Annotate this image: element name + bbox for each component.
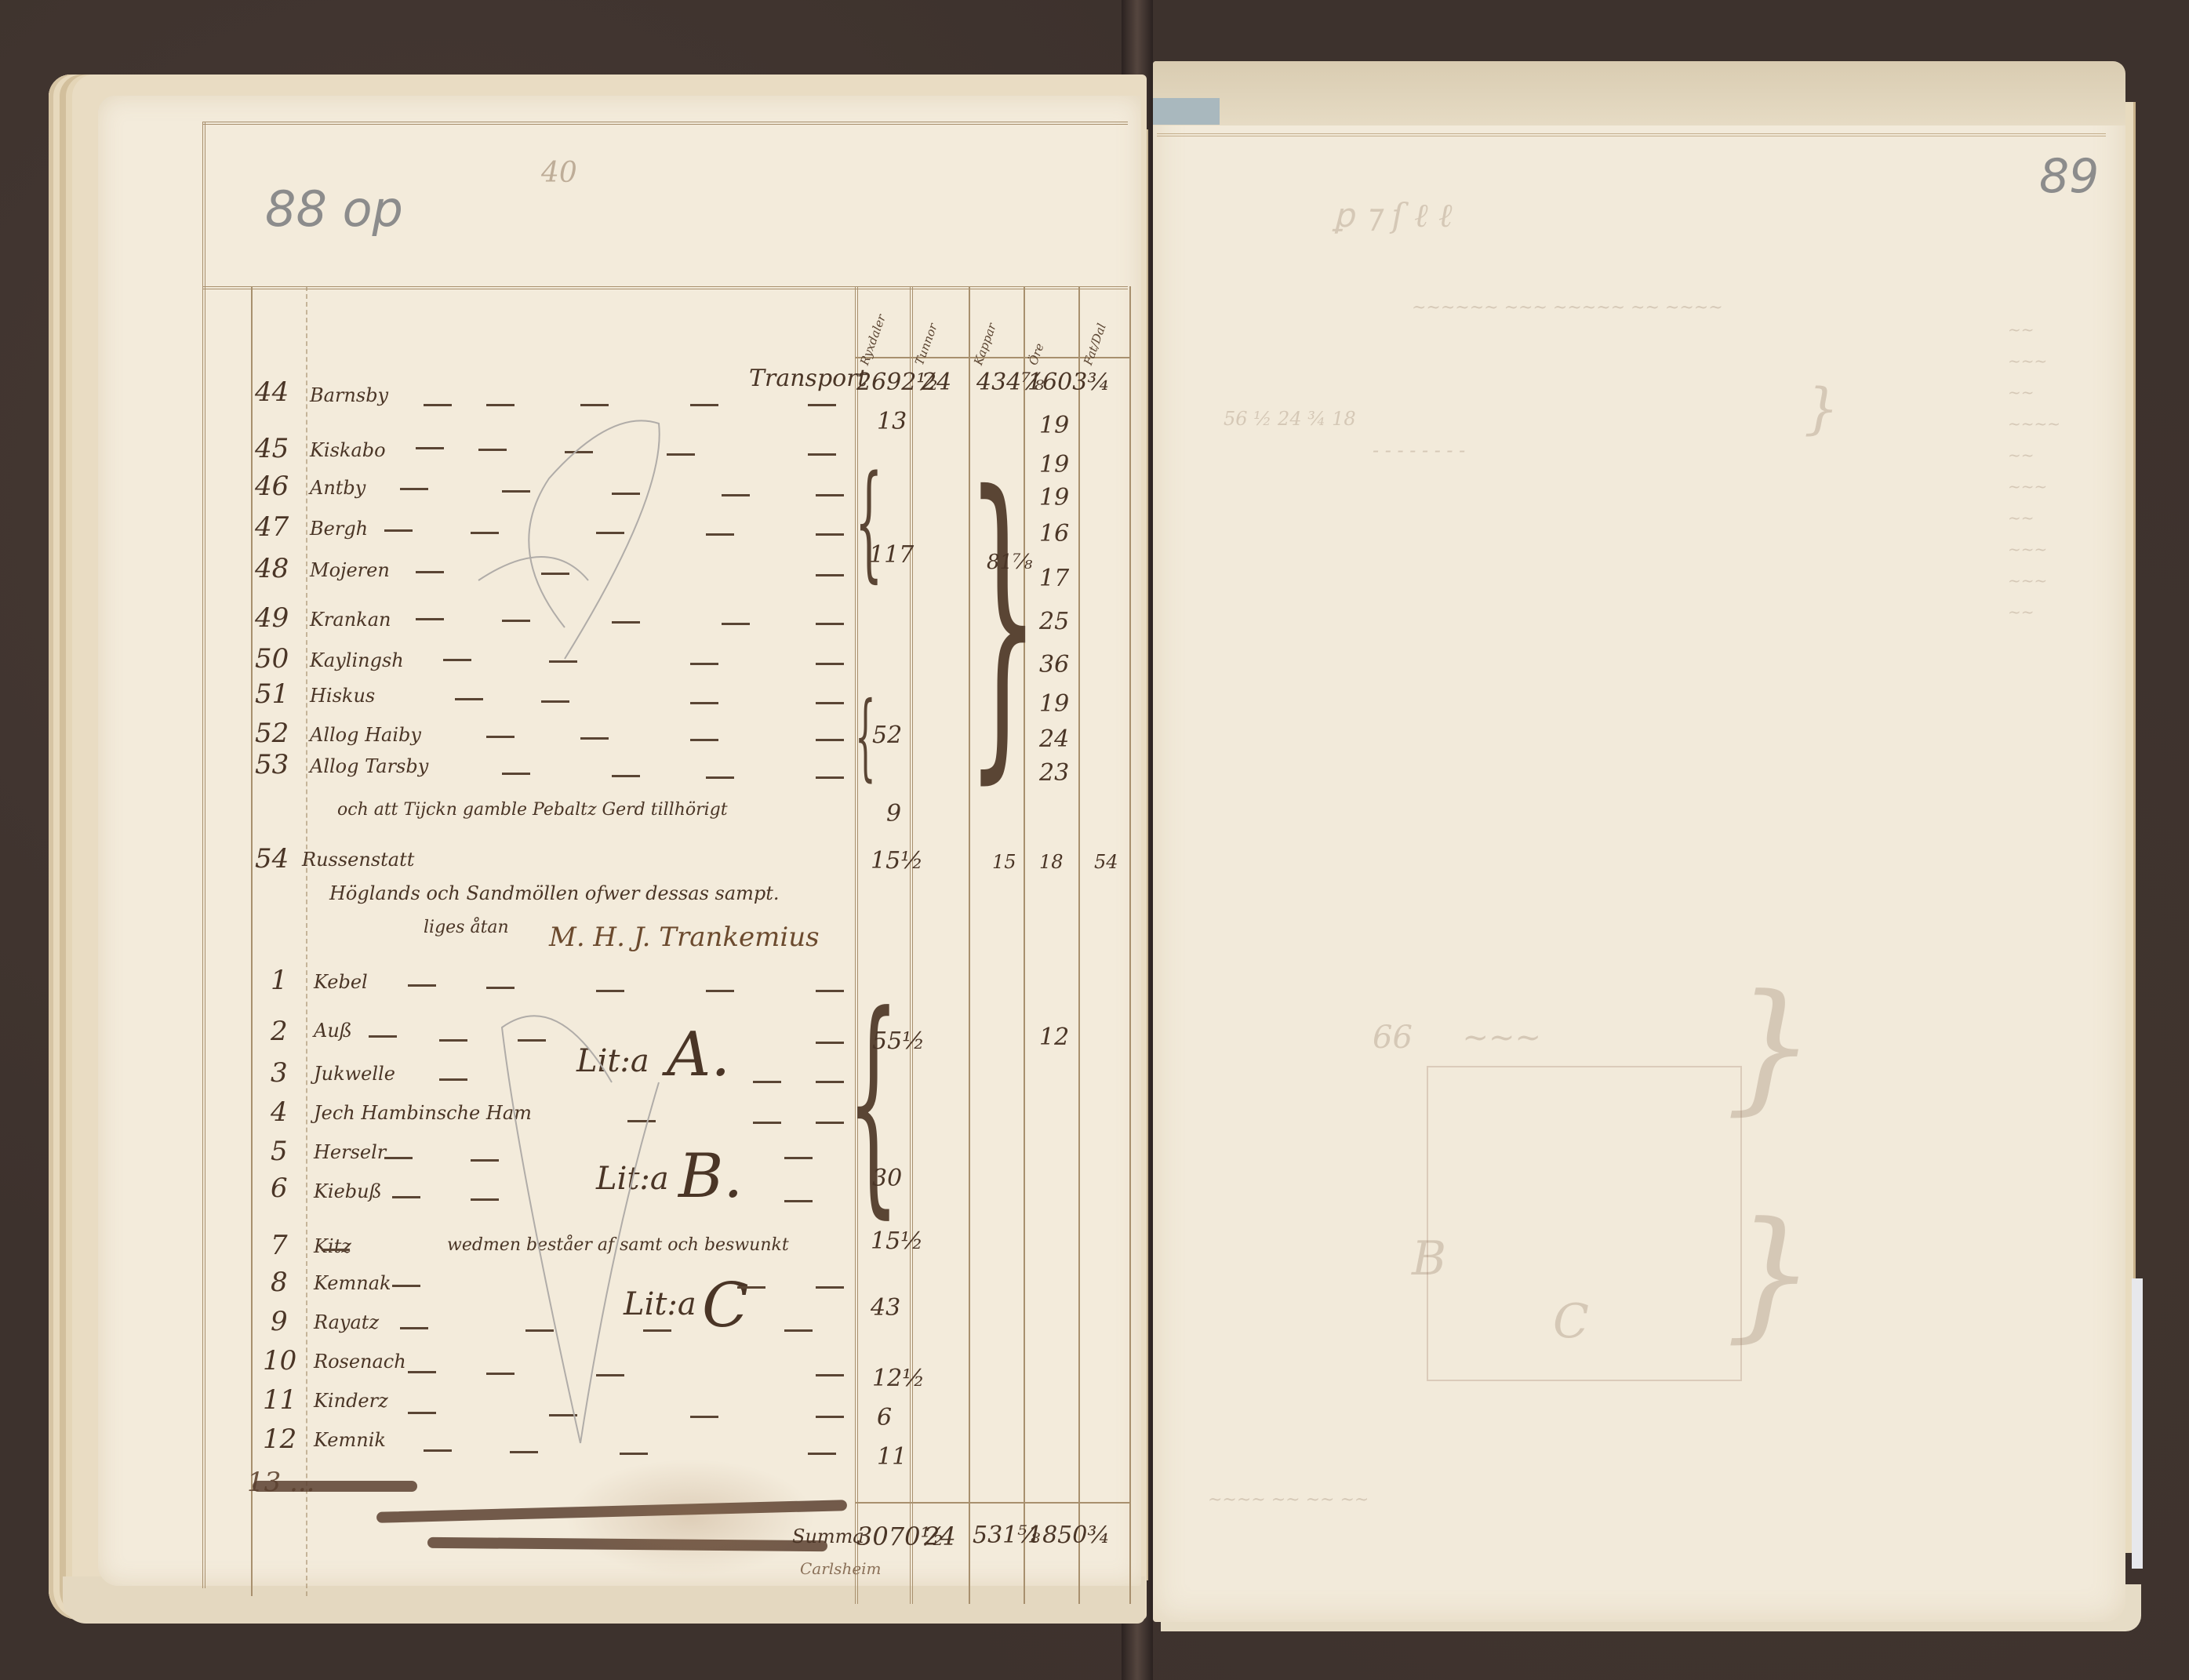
row-number: 2 <box>271 1016 288 1047</box>
row-name: Kaylingsh <box>310 649 404 671</box>
strike-through-mark <box>253 1481 417 1492</box>
row-name: Kitz <box>314 1235 351 1257</box>
col4-value: 16 <box>1039 520 1069 547</box>
header-rule <box>202 286 1128 289</box>
row-54-col3: 15 <box>992 851 1016 873</box>
row-number: 3 <box>271 1057 288 1089</box>
row-number: 48 <box>255 553 289 584</box>
col5-rule <box>1078 286 1080 1604</box>
bleed-through-column: ~~~~~~~~~~~~~~~~~~~~~~~~~~ <box>2008 314 2060 627</box>
col1-value: 52 <box>872 722 902 749</box>
lit-a-col4: 12 <box>1039 1024 1069 1051</box>
row-name: Kemnak <box>314 1272 391 1294</box>
col3-brace-value: 81⁷⁄₈ <box>987 551 1032 574</box>
row-number: 47 <box>255 511 289 543</box>
row-number: 46 <box>255 471 289 502</box>
lit-b-col1: 30 <box>872 1165 902 1192</box>
row-name: Bergh <box>310 518 368 540</box>
row-number: 8 <box>271 1267 288 1298</box>
col1-value: 117 <box>869 541 914 569</box>
note-line-1-value: 9 <box>886 800 901 827</box>
right-top-rule <box>1157 133 2106 136</box>
transport-col4: 1603¾ <box>1027 369 1110 396</box>
bleed-through-brace: } <box>1804 376 1839 441</box>
faint-top-mark: 40 <box>541 157 577 189</box>
left-margin-rule <box>202 122 205 1588</box>
row-name: Krankan <box>310 609 391 631</box>
row-name: Kiebuß <box>314 1180 382 1202</box>
lit-a-col1: 55½ <box>872 1027 925 1055</box>
blue-tab <box>1153 98 1220 125</box>
row-name: Jukwelle <box>314 1063 395 1085</box>
col4-value: 19 <box>1039 412 1069 439</box>
row-number: 51 <box>255 678 289 710</box>
row-name: Hiskus <box>310 685 375 707</box>
folio-number-right: 89 <box>2039 149 2099 204</box>
row-name: Kemnik <box>314 1429 386 1451</box>
row-name: Allog Tarsby <box>310 755 428 777</box>
summa-sub-label: Carlsheim <box>800 1559 882 1578</box>
row-number: 9 <box>271 1306 288 1337</box>
bleed-through-text: 56 ½ 24 ¾ 18 <box>1224 408 1356 430</box>
col4-value: 25 <box>1039 608 1069 635</box>
row-name: Mojeren <box>310 559 390 581</box>
bleed-through-box <box>1412 1051 1765 1404</box>
folio-number-left: 88 op <box>265 180 403 238</box>
row-number: 49 <box>255 602 289 634</box>
row-number: 4 <box>271 1096 288 1128</box>
bleed-through-text: ~~~~~~ ~~~ ~~~~~ ~~ ~~~~ <box>1412 298 1723 318</box>
row-10-col1: 12½ <box>872 1365 925 1392</box>
top-rule <box>202 122 1128 125</box>
row-name-54: Russenstatt <box>302 849 414 871</box>
row-number: 7 <box>271 1230 288 1261</box>
row-number: 44 <box>255 376 289 408</box>
row-54-col1: 15½ <box>871 847 923 875</box>
row-name: Barnsby <box>310 384 388 406</box>
row-name: Auß <box>314 1020 352 1042</box>
row-name: Kebel <box>314 971 368 993</box>
row-number: 45 <box>255 433 289 464</box>
lit-c-col1: 43 <box>871 1294 900 1322</box>
col4-value: 19 <box>1039 484 1069 511</box>
summa-label: Summa <box>792 1525 864 1547</box>
inserted-slip <box>2132 1278 2143 1569</box>
row-name: Allog Haiby <box>310 724 421 746</box>
number-column-rule <box>251 286 253 1596</box>
col1-value: 13 <box>877 408 907 435</box>
row-54-col4: 18 <box>1039 851 1064 873</box>
row-11-col1: 6 <box>877 1404 892 1431</box>
gutter-rule <box>1147 129 1148 1580</box>
col4-value: 19 <box>1039 451 1069 478</box>
summa-col4: 1850¾ <box>1027 1522 1110 1549</box>
col2-rule <box>910 286 913 1604</box>
row-number: 5 <box>271 1136 288 1167</box>
bleed-through-text: ꝑ ⁊ ſ ℓ ℓ <box>1333 196 1452 235</box>
pencil-check-marks <box>455 376 769 1553</box>
row-number: 1 <box>271 965 288 996</box>
col4-value: 23 <box>1039 759 1069 787</box>
transport-col2: 24 <box>922 369 951 396</box>
row-number: 12 <box>263 1424 296 1455</box>
bleed-through-text: - - - - - - - - <box>1373 439 1465 461</box>
row-54-col5: 54 <box>1094 851 1118 873</box>
row-number: 53 <box>255 749 289 780</box>
row-name: Kiskabo <box>310 439 386 461</box>
col4-value: 24 <box>1039 725 1069 753</box>
row-number: 10 <box>263 1345 296 1376</box>
row-name: Herselr <box>314 1141 386 1163</box>
col4-value: 19 <box>1039 690 1069 718</box>
row-12-col1: 11 <box>877 1443 907 1471</box>
bleed-through-text: ~~~~ ~~ ~~ ~~ <box>1208 1490 1369 1510</box>
row-number-54: 54 <box>255 843 289 875</box>
row-number: 6 <box>271 1173 288 1204</box>
brace-icon: } <box>966 455 1040 784</box>
row-name: Kinderz <box>314 1390 388 1412</box>
col4-value: 17 <box>1039 565 1069 592</box>
row-number: 50 <box>255 643 289 675</box>
row-number: 11 <box>263 1384 296 1416</box>
row-7-col1: 15½ <box>871 1227 923 1255</box>
name-column-rule <box>306 286 307 1596</box>
row-number: 52 <box>255 718 289 749</box>
summa-col2: 24 <box>924 1522 956 1551</box>
right-page-top-band <box>1153 61 2125 125</box>
summa-rule <box>855 1502 1129 1504</box>
row-name: Rayatz <box>314 1311 379 1333</box>
row-name: Antby <box>310 477 365 499</box>
col4-value: 36 <box>1039 651 1069 678</box>
col6-rule <box>1129 286 1131 1604</box>
row-name: Rosenach <box>314 1351 406 1373</box>
